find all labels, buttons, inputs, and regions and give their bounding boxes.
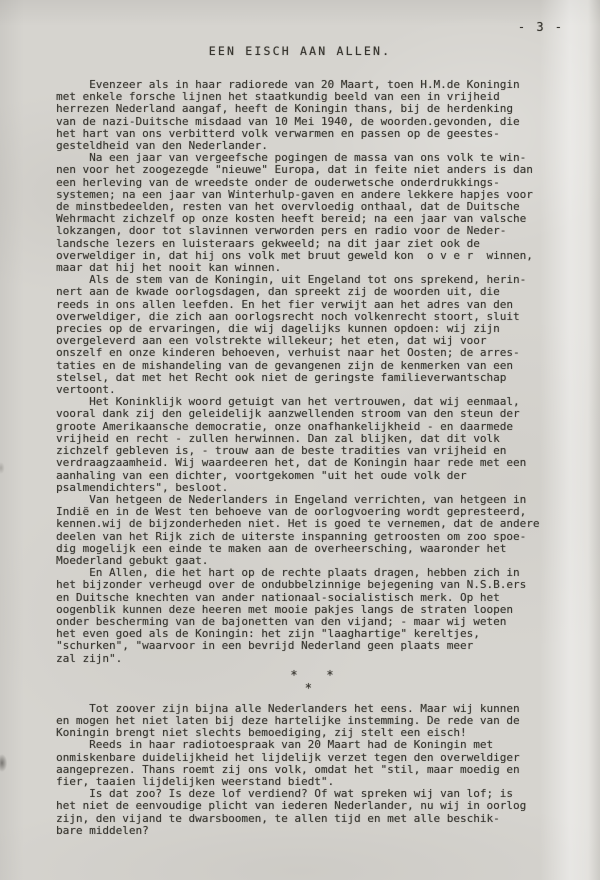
paragraph-4: Het Koninklijk woord getuigt van het ver… <box>56 396 556 494</box>
asterisk-separator: * * * <box>290 669 333 695</box>
paragraph-1: Evenzeer als in haar radiorede van 20 Ma… <box>56 79 556 152</box>
document-body: Evenzeer als in haar radiorede van 20 Ma… <box>56 79 556 837</box>
paragraph-3: Als de stem van de Koningin, uit Engelan… <box>56 274 556 396</box>
paragraph-2: Na een jaar van vergeefsche pogingen de … <box>56 152 556 274</box>
page-number: - 3 - <box>518 20 564 34</box>
paragraph-9: Is dat zoo? Is deze lof verdiend? Of wat… <box>56 788 556 837</box>
document-title: EEN EISCH AAN ALLEN. <box>0 44 600 58</box>
paragraph-8: Reeds in haar radiotoespraak van 20 Maar… <box>56 739 556 788</box>
paragraph-6: En Allen, die het hart op de rechte plaa… <box>56 567 556 665</box>
document-page: - 3 - EEN EISCH AAN ALLEN. Evenzeer als … <box>0 0 600 880</box>
paragraph-7: Tot zoover zijn bijna alle Nederlanders … <box>56 703 556 740</box>
paragraph-5: Van hetgeen de Nederlanders in Engeland … <box>56 494 556 567</box>
